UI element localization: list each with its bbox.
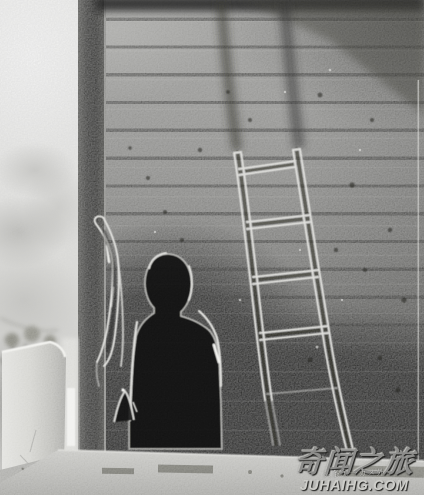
photo-grain [0,0,424,495]
watermark-domain-text: JUHAIHG.COM [286,479,422,494]
watermark: 奇闻之旅 头条①一カメ外 JUHAIHG.COM [286,449,422,494]
photo-detail-canvas [0,0,424,495]
photograph-flash-shadows: 奇闻之旅 头条①一カメ外 JUHAIHG.COM [0,0,424,495]
